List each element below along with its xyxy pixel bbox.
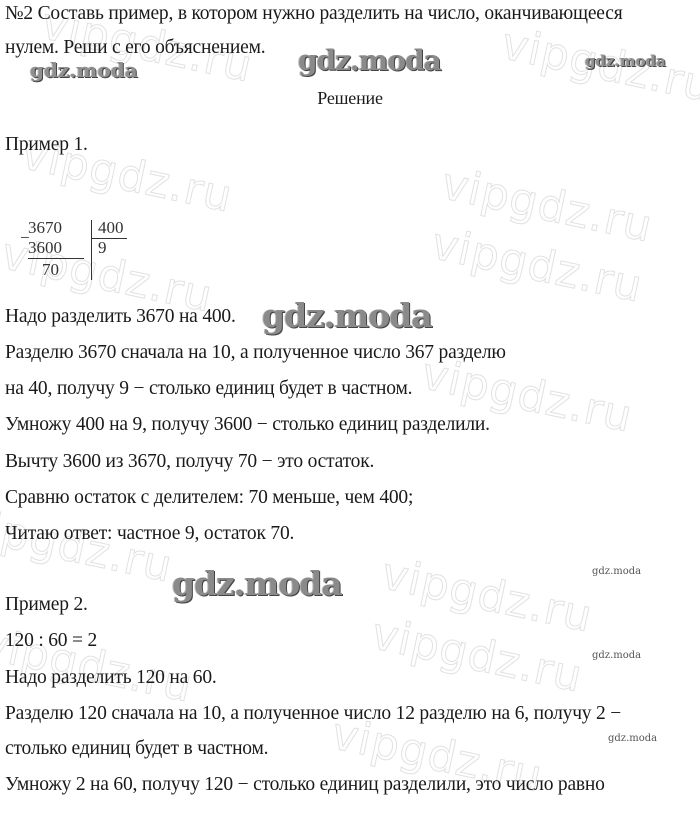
- subtraction-line: [28, 258, 84, 259]
- task-text-line-1: №2 Составь пример, в котором нужно разде…: [5, 2, 622, 26]
- solution-heading: Решение: [0, 86, 700, 110]
- gdz-watermark: gdz.moda: [585, 52, 666, 70]
- divisor: 400: [98, 218, 124, 238]
- quotient: 9: [98, 238, 107, 258]
- example-1-line: Разделю 3670 сначала на 10, а полученное…: [5, 341, 506, 365]
- example-2-line: столько единиц будет в частном.: [5, 737, 268, 761]
- gdz-watermark: gdz.moda: [172, 564, 342, 603]
- example-1-line: Надо разделить 3670 на 400.: [5, 305, 236, 329]
- gdz-watermark: gdz.moda: [298, 44, 441, 77]
- gdz-watermark: gdz.moda: [30, 58, 138, 82]
- example-1-title: Пример 1.: [5, 133, 88, 157]
- example-1-line: Читаю ответ: частное 9, остаток 70.: [5, 522, 294, 546]
- example-2-line: Умножу 2 на 60, получу 120 − столько еди…: [5, 773, 605, 797]
- gdz-watermark: gdz.moda: [262, 296, 432, 335]
- long-division: − 3670 3600 70 400 9: [20, 218, 130, 288]
- remainder: 70: [42, 260, 59, 280]
- example-1-line: Умножу 400 на 9, получу 3600 − столько е…: [5, 413, 490, 437]
- example-1-line: на 40, получу 9 − столько единиц будет в…: [5, 377, 412, 401]
- dividend: 3670: [28, 218, 62, 238]
- example-1-line: Вычту 3600 из 3670, получу 70 − это оста…: [5, 450, 374, 474]
- example-1-line: Сравню остаток с делителем: 70 меньше, ч…: [5, 486, 413, 510]
- gdz-watermark: gdz.moda: [608, 733, 657, 744]
- gdz-watermark: gdz.moda: [592, 650, 641, 661]
- example-2-title: Пример 2.: [5, 593, 88, 617]
- example-2-line: Надо разделить 120 на 60.: [5, 666, 217, 690]
- gdz-watermark: gdz.moda: [592, 566, 641, 577]
- division-vertical-bar: [91, 220, 92, 280]
- example-2-equation: 120 : 60 = 2: [5, 629, 97, 653]
- subtrahend: 3600: [28, 238, 62, 258]
- divisor-underline: [91, 238, 127, 239]
- example-2-line: Разделю 120 сначала на 10, а полученное …: [5, 702, 621, 726]
- task-text-line-2: нулем. Реши с его объяснением.: [5, 36, 265, 60]
